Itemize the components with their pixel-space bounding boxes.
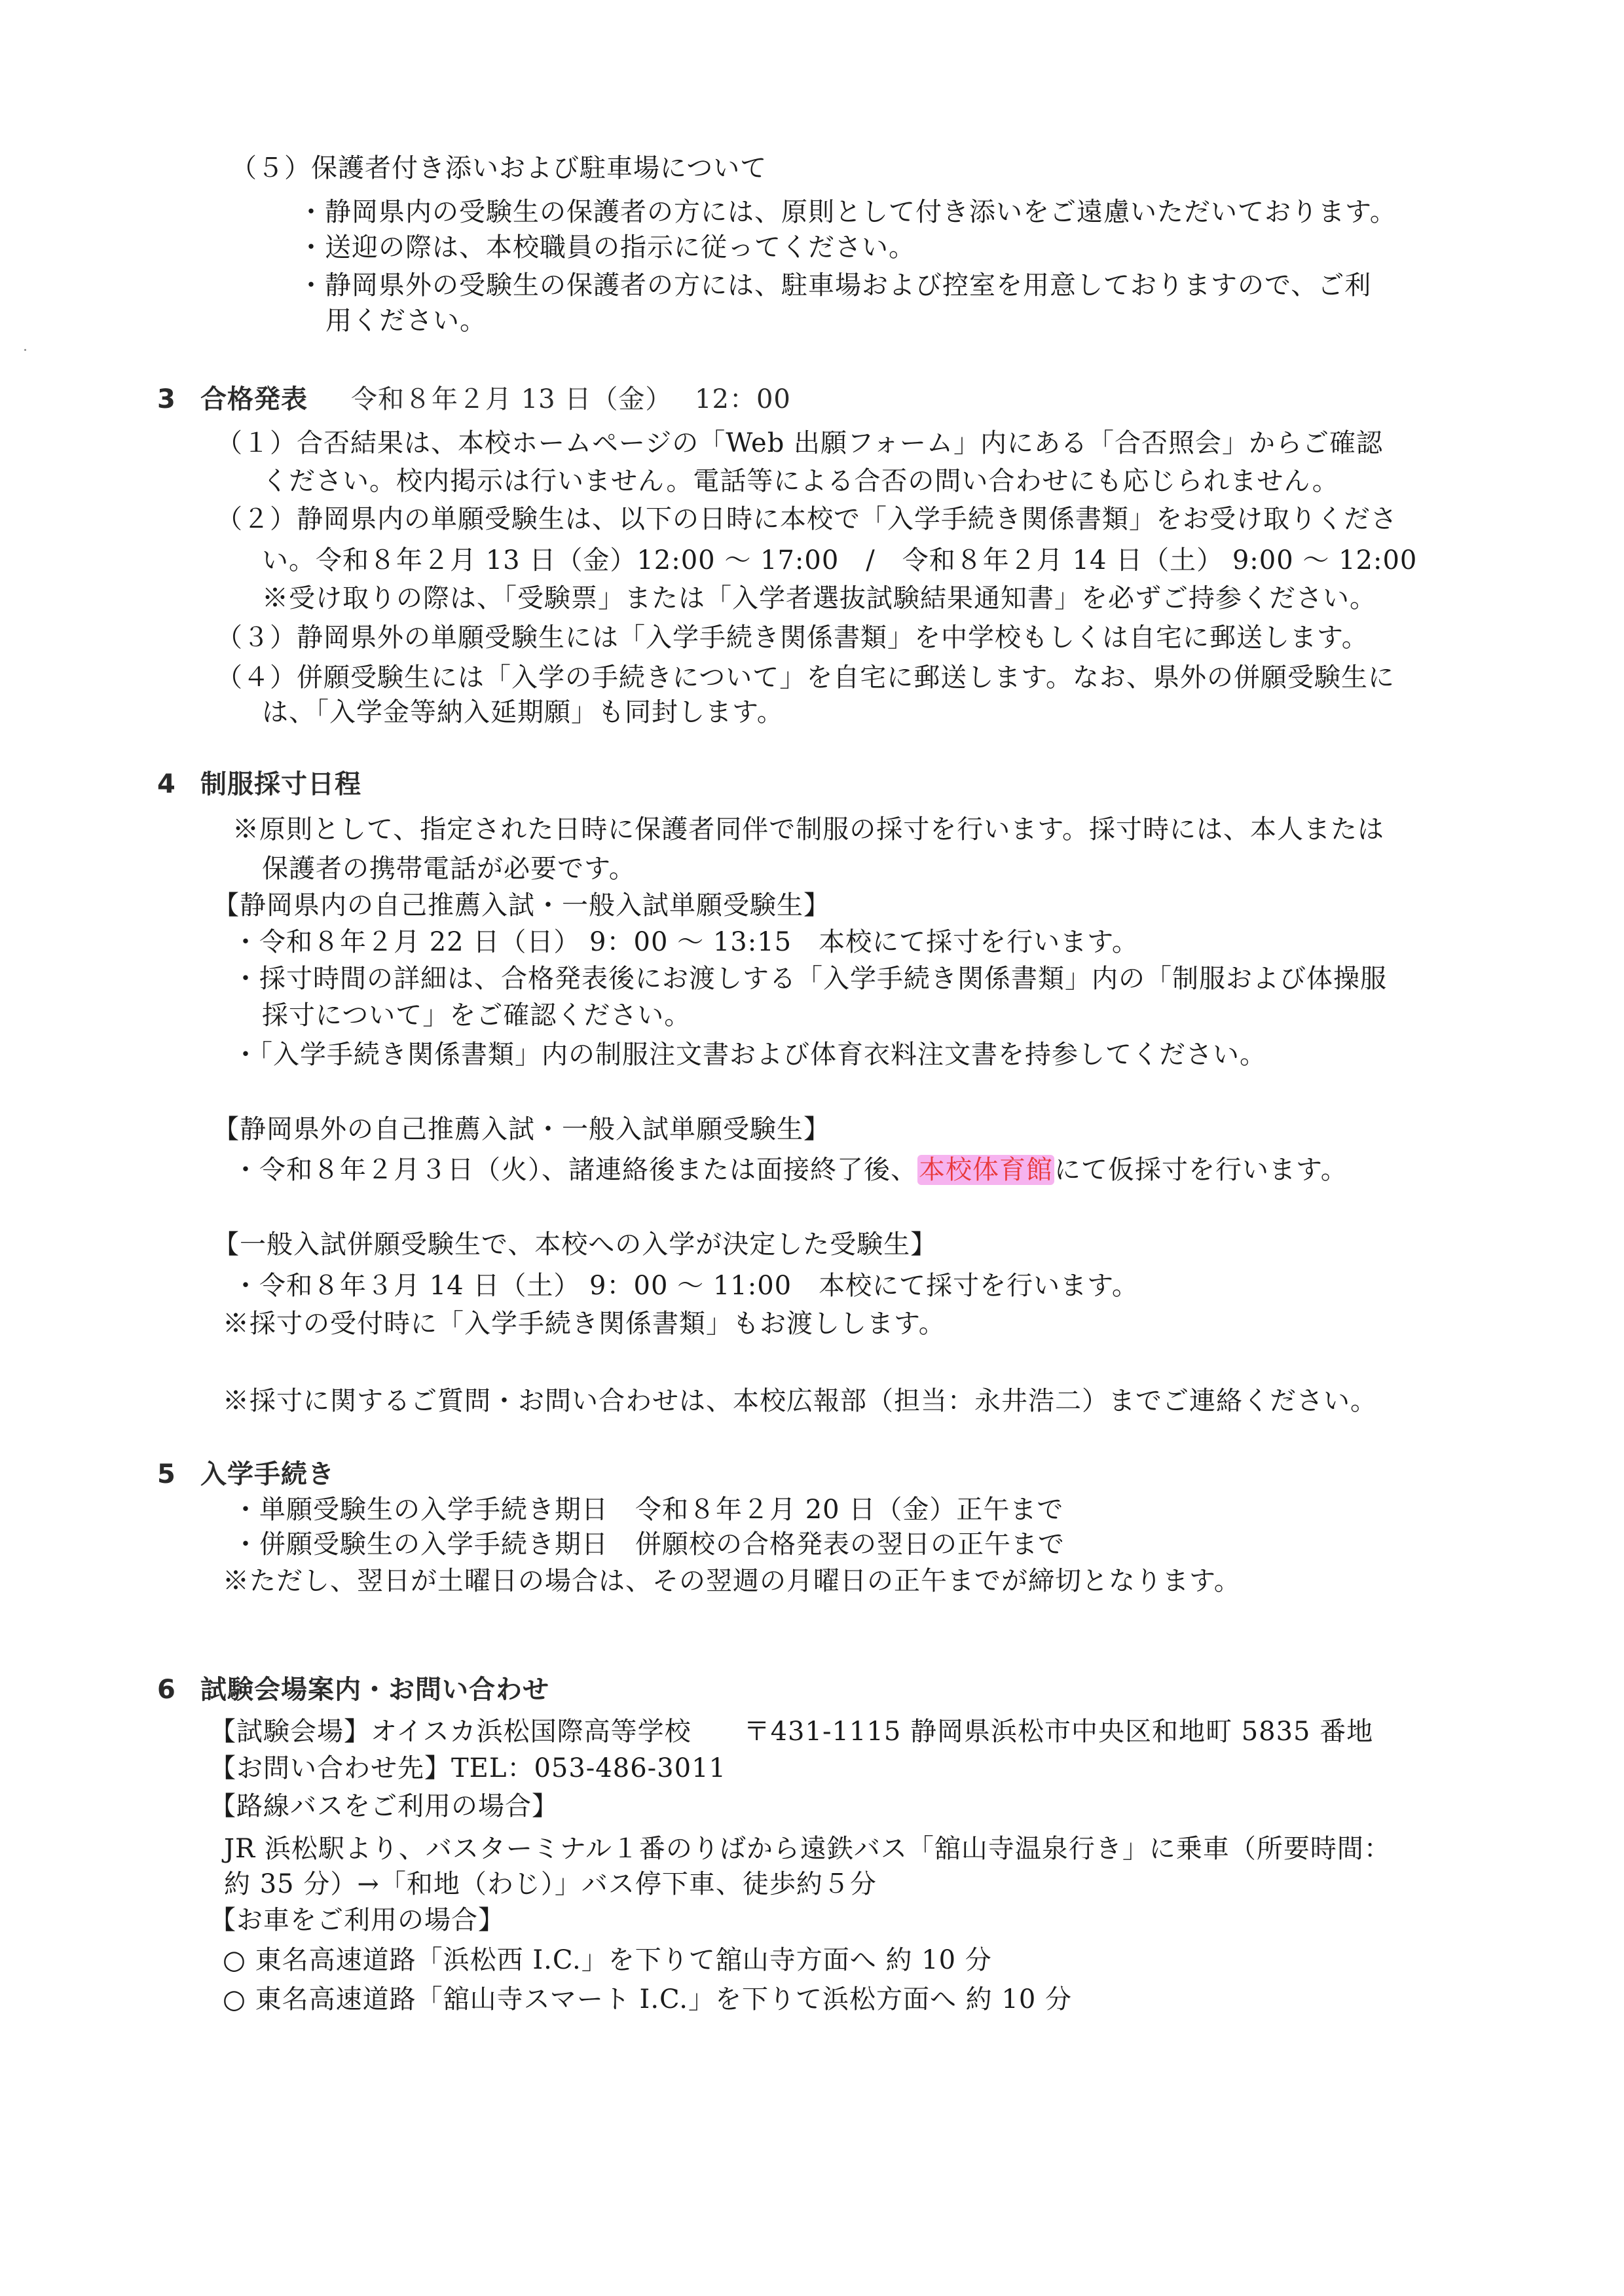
announcement-datetime: 令和８年２月 13 日（金） 12：00 xyxy=(351,384,791,414)
highlighted-location: 本校体育館 xyxy=(917,1155,1054,1185)
line-text: にて仮採寸を行います。 xyxy=(1054,1155,1348,1185)
numbered-item: （３）静岡県外の単願受験生には「入学手続き関係書類」を中学校もしくは自宅に郵送し… xyxy=(216,622,1369,653)
section-number: 5 xyxy=(157,1459,200,1490)
bullet-line: ・併願受験生の入学手続き期日 併願校の合格発表の翌日の正午まで xyxy=(232,1529,1065,1560)
scan-speck xyxy=(24,349,26,351)
bullet-line: ・静岡県内の受験生の保護者の方には、原則として付き添いをご遠慮いただいております… xyxy=(298,196,1397,228)
line-text: ・令和８年２月３日（火）、諸連絡後または面接終了後、 xyxy=(232,1155,917,1185)
venue-address: 〒431-1115 静岡県浜松市中央区和地町 5835 番地 xyxy=(744,1717,1374,1747)
bullet-continuation: 採寸について」をご確認ください。 xyxy=(262,1000,691,1031)
section-number: 3 xyxy=(157,384,200,415)
section-heading-5: 5入学手続き xyxy=(157,1459,335,1490)
section-title: 制服採寸日程 xyxy=(200,769,361,799)
venue-line: 【試験会場】オイスカ浜松国際高等学校〒431-1115 静岡県浜松市中央区和地町… xyxy=(210,1716,1373,1747)
section-title: 入学手続き xyxy=(200,1459,335,1489)
bullet-line: ・単願受験生の入学手続き期日 令和８年２月 20 日（金）正午まで xyxy=(232,1494,1063,1525)
bullet-line: ・「入学手続き関係書類」内の制服注文書および体育衣料注文書を持参してください。 xyxy=(232,1039,1266,1070)
section-number: 4 xyxy=(157,769,200,800)
note-line: ※採寸の受付時に「入学手続き関係書類」もお渡しします。 xyxy=(223,1308,946,1339)
numbered-item-continuation: は、「入学金等納入延期願」も同封します。 xyxy=(262,697,784,728)
group-heading: 【一般入試併願受験生で、本校への入学が決定した受験生】 xyxy=(213,1229,937,1260)
numbered-item-continuation: ください。校内掲示は行いません。電話等による合否の問い合わせにも応じられません。 xyxy=(262,465,1339,497)
numbered-item-continuation: い。令和８年２月 13 日（金）12:00 ～ 17:00 / 令和８年２月 1… xyxy=(262,545,1417,576)
note-line: ※ただし、翌日が土曜日の場合は、その翌週の月曜日の正午までが締切となります。 xyxy=(223,1565,1241,1597)
bus-heading: 【路線バスをご利用の場合】 xyxy=(210,1791,559,1822)
section-heading-3: 3合格発表令和８年２月 13 日（金） 12：00 xyxy=(157,384,791,415)
bullet-continuation: 用ください。 xyxy=(325,305,487,337)
bullet-line: ・令和８年３月 14 日（土） 9：00 ～ 11:00 本校にて採寸を行います… xyxy=(232,1270,1139,1302)
section-title: 合格発表 xyxy=(200,384,308,414)
section-heading-4: 4制服採寸日程 xyxy=(157,769,361,800)
section-title: 試験会場案内・お問い合わせ xyxy=(200,1675,549,1705)
bullet-line: ・静岡県外の受験生の保護者の方には、駐車場および控室を用意しておりますので、ご利 xyxy=(298,270,1371,301)
numbered-item: （２）静岡県内の単願受験生は、以下の日時に本校で「入学手続き関係書類」をお受け取… xyxy=(216,503,1397,535)
section-heading-6: 6試験会場案内・お問い合わせ xyxy=(157,1674,549,1705)
contact-note: ※採寸に関するご質問・お問い合わせは、本校広報部（担当：永井浩二）までご連絡くだ… xyxy=(223,1385,1377,1417)
numbered-item: （１）合否結果は、本校ホームページの「Web 出願フォーム」内にある「合否照会」… xyxy=(216,428,1383,459)
note-line: ※原則として、指定された日時に保護者同伴で制服の採寸を行います。採寸時には、本人… xyxy=(232,814,1384,845)
section-number: 6 xyxy=(157,1674,200,1705)
bullet-line-highlighted: ・令和８年２月３日（火）、諸連絡後または面接終了後、本校体育館にて仮採寸を行いま… xyxy=(232,1154,1348,1186)
group-heading: 【静岡県内の自己推薦入試・一般入試単願受験生】 xyxy=(213,890,830,921)
subsection-heading: （５）保護者付き添いおよび駐車場について xyxy=(231,153,767,184)
bullet-line: ・送迎の際は、本校職員の指示に従ってください。 xyxy=(298,232,915,263)
venue-name: 【試験会場】オイスカ浜松国際高等学校 xyxy=(210,1717,692,1747)
bus-directions-continuation: 約 35 分）→「和地（わじ）」バス停下車、徒歩約５分 xyxy=(224,1868,877,1900)
numbered-item: （４）併願受験生には「入学の手続きについて」を自宅に郵送します。なお、県外の併願… xyxy=(216,662,1395,693)
car-route: ○ 東名高速道路「浜松西 I.C.」を下りて舘山寺方面へ 約 10 分 xyxy=(223,1944,992,1976)
group-heading: 【静岡県外の自己推薦入試・一般入試単願受験生】 xyxy=(213,1114,830,1145)
bus-directions: JR 浜松駅より、バスターミナル１番のりばから遠鉄バス「舘山寺温泉行き」に乗車（… xyxy=(224,1833,1391,1865)
note-continuation: 保護者の携帯電話が必要です。 xyxy=(262,853,636,884)
car-heading: 【お車をご利用の場合】 xyxy=(210,1904,505,1936)
bullet-line: ・令和８年２月 22 日（日） 9：00 ～ 13:15 本校にて採寸を行います… xyxy=(232,926,1139,958)
note-line: ※受け取りの際は、「受験票」または「入学者選抜試験結果通知書」を必ずご持参くださ… xyxy=(262,583,1376,614)
bullet-line: ・採寸時間の詳細は、合格発表後にお渡しする「入学手続き関係書類」内の「制服および… xyxy=(232,963,1387,994)
contact-phone: 【お問い合わせ先】TEL：053-486-3011 xyxy=(210,1753,726,1784)
car-route: ○ 東名高速道路「舘山寺スマート I.C.」を下りて浜松方面へ 約 10 分 xyxy=(223,1984,1072,2015)
